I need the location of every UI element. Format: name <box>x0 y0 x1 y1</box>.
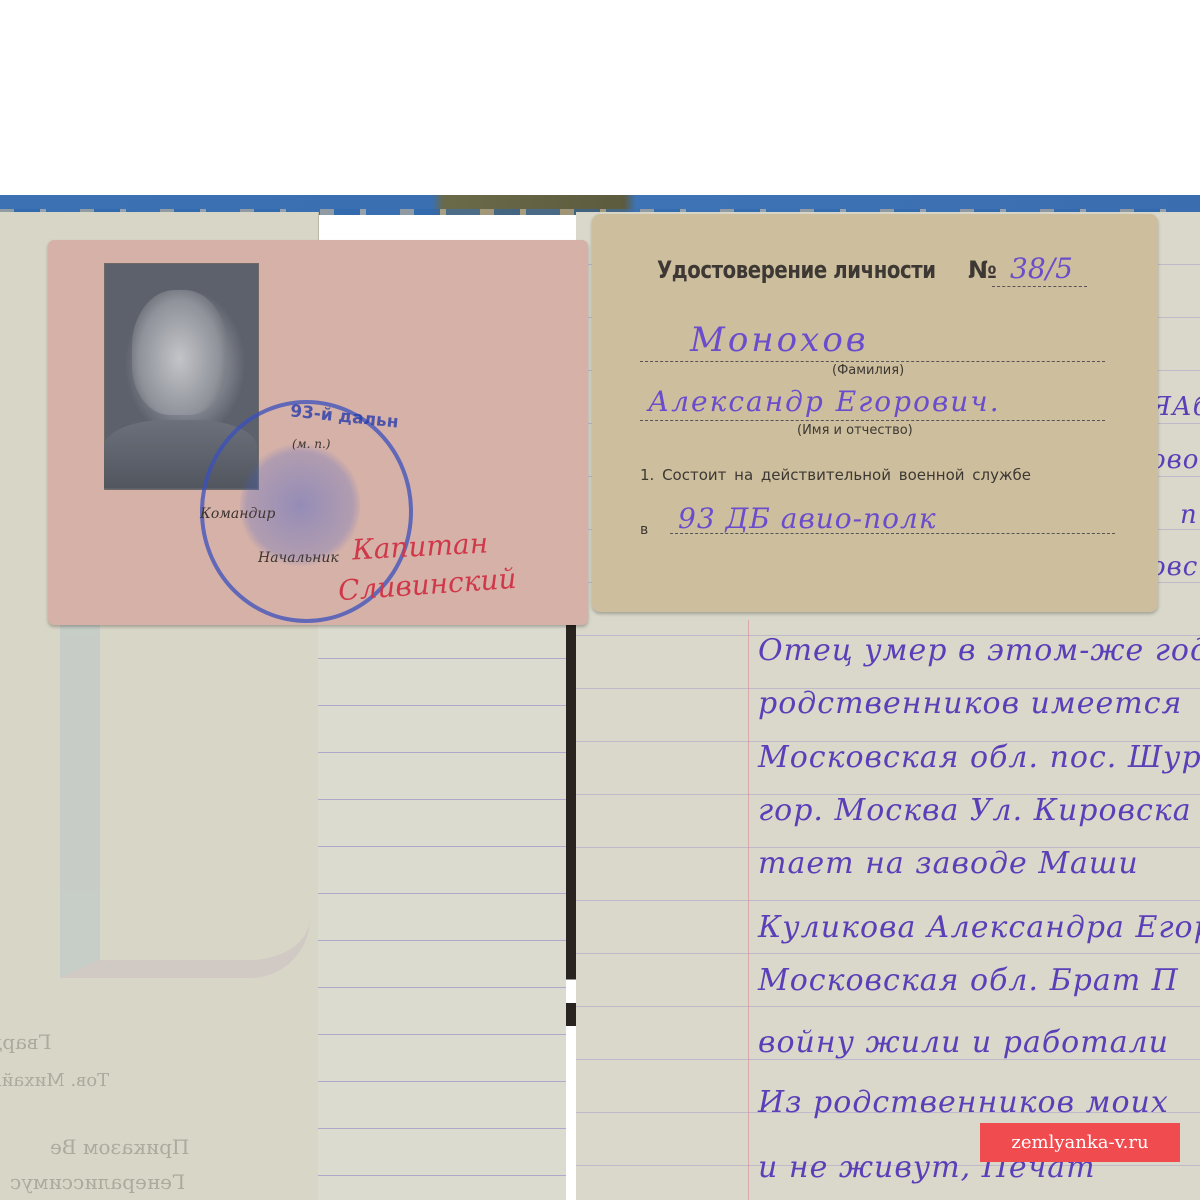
ribbon-decoration <box>60 620 310 978</box>
handwritten-line: Московская обл. пос. Шуровс <box>758 740 1200 775</box>
unit-prefix: в <box>640 522 648 538</box>
portrait-face <box>132 290 227 415</box>
number-sign: № <box>968 256 997 284</box>
handwritten-line: Московская обл. Брат П <box>758 963 1179 998</box>
unit-line <box>670 533 1115 534</box>
handwritten-line: Отец умер в этом-же году <box>758 633 1200 668</box>
unit-value: 93 ДБ авио-полк <box>678 502 937 535</box>
commander-label: Командир <box>200 506 275 522</box>
handwritten-line: родственников имеется <box>758 686 1182 721</box>
chief-label: Начальник <box>258 550 339 566</box>
handwritten-line: Куликова Александра Егор <box>758 910 1200 945</box>
service-clause: 1. Состоит на действительной военной слу… <box>640 466 1031 484</box>
handwritten-line: Из родственников моих <box>758 1085 1169 1120</box>
ghost-text: Приказом Ве <box>50 1135 189 1159</box>
lined-page-middle <box>318 620 568 1200</box>
name-caption: (Имя и отчество) <box>797 423 913 438</box>
book-spine <box>566 620 576 1200</box>
surname-caption: (Фамилия) <box>832 363 904 378</box>
ghost-text: Тов. Михайл <box>0 1070 109 1091</box>
ghost-text: Генералиссимус <box>10 1170 185 1194</box>
stamp-place-label: (м. п.) <box>292 437 330 451</box>
card-title: Удостоверение личности <box>657 256 936 284</box>
name-patronymic-value: Александр Егорович. <box>648 385 1001 418</box>
handwritten-line: тает на заводе Маши <box>758 846 1139 881</box>
watermark-badge: zemlyanka-v.ru <box>980 1123 1180 1162</box>
surname-line <box>640 361 1105 362</box>
number-line <box>992 286 1087 287</box>
name-line <box>640 420 1105 421</box>
surname-value: Монохов <box>690 320 869 360</box>
page-margin-line <box>748 620 749 1200</box>
handwritten-fragment: п <box>1180 500 1198 530</box>
card-number: 38/5 <box>1010 252 1073 285</box>
ghost-text: Гвард <box>0 1030 52 1054</box>
handwritten-line: войну жили и работали <box>758 1025 1169 1060</box>
handwritten-line: гор. Москва Ул. Кировска <box>758 793 1192 828</box>
